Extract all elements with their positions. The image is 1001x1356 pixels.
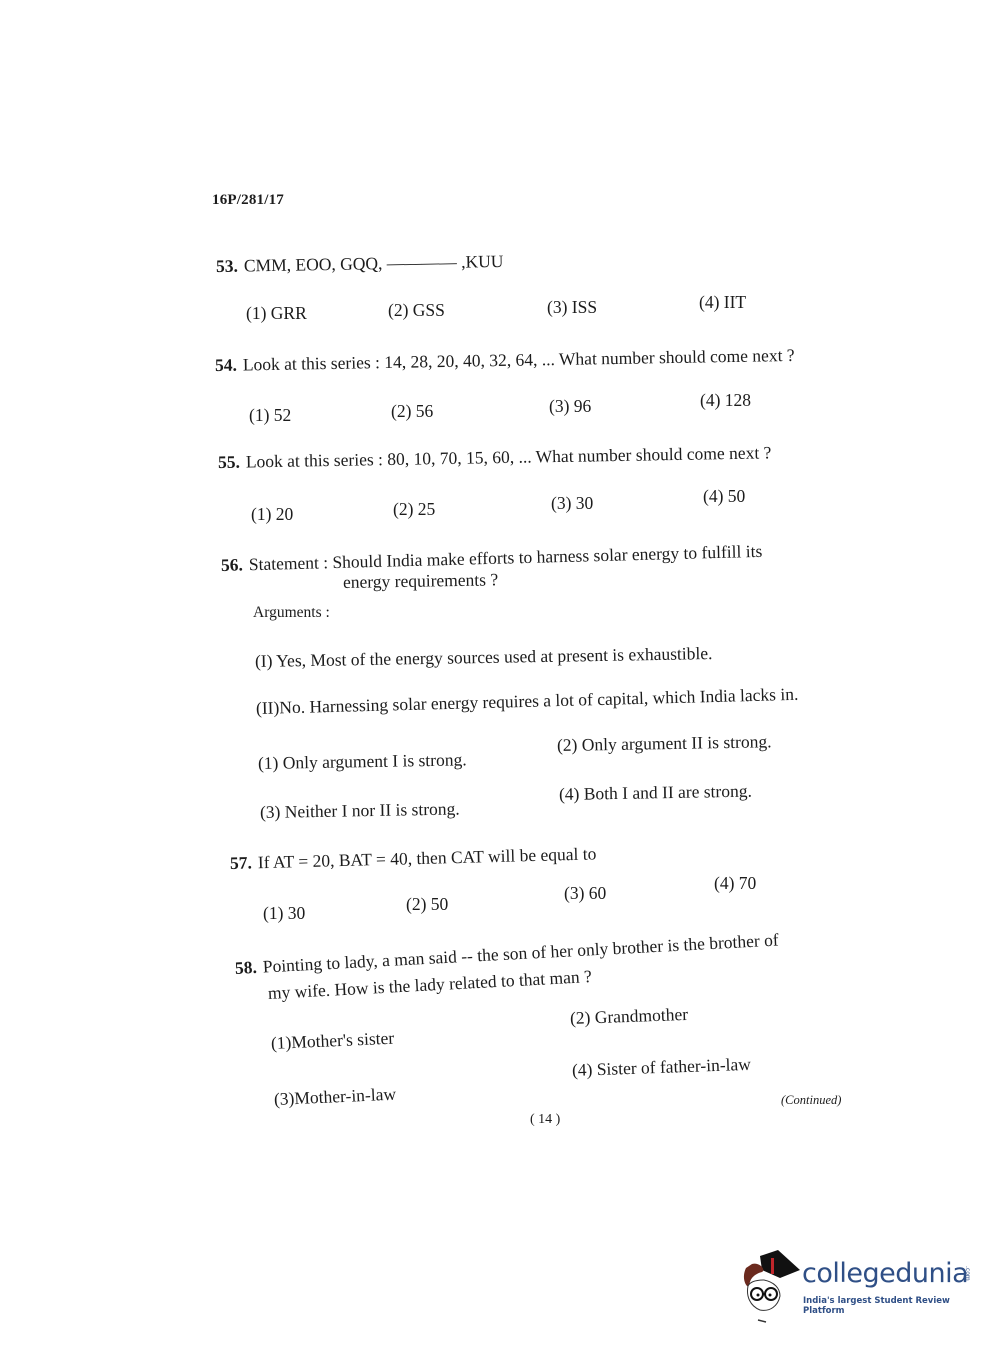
q55-option-4: (4) 50 xyxy=(703,486,745,507)
q56-arguments-label: Arguments : xyxy=(253,604,330,622)
brand-tagline: India's largest Student Review Platform xyxy=(803,1296,970,1316)
q53-option-2: (2) GSS xyxy=(388,300,445,321)
q53-option-1: (1) GRR xyxy=(246,303,307,324)
question-text: If AT = 20, BAT = 40, then CAT will be e… xyxy=(258,843,597,872)
question-54: 54.Look at this series : 14, 28, 20, 40,… xyxy=(215,345,795,376)
question-number: 53. xyxy=(216,256,238,276)
q58-option-3: (3)Mother-in-law xyxy=(274,1084,397,1110)
question-text: CMM, EOO, GQQ, ———— ,KUU xyxy=(244,251,504,276)
q53-option-4: (4) IIT xyxy=(699,292,746,313)
brand-name: collegedunia xyxy=(802,1258,968,1289)
q55-option-1: (1) 20 xyxy=(251,504,293,525)
question-text: Look at this series : 14, 28, 20, 40, 32… xyxy=(243,345,795,375)
mascot-icon xyxy=(740,1248,802,1324)
q54-option-4: (4) 128 xyxy=(700,390,751,411)
q56-option-3: (3) Neither I nor II is strong. xyxy=(260,799,460,823)
q56-option-2: (2) Only argument II is strong. xyxy=(557,731,772,756)
q57-option-4: (4) 70 xyxy=(714,873,756,894)
q54-option-1: (1) 52 xyxy=(249,405,291,426)
page-number: ( 14 ) xyxy=(530,1112,560,1128)
q56-argument-1: (I) Yes, Most of the energy sources used… xyxy=(255,643,713,672)
question-number: 58. xyxy=(234,957,257,978)
question-55: 55.Look at this series : 80, 10, 70, 15,… xyxy=(218,442,772,473)
q57-option-2: (2) 50 xyxy=(406,894,448,915)
q58-option-4: (4) Sister of father-in-law xyxy=(572,1054,752,1081)
question-53: 53.CMM, EOO, GQQ, ———— ,KUU xyxy=(216,251,504,277)
q57-option-1: (1) 30 xyxy=(263,903,305,924)
q56-option-1: (1) Only argument I is strong. xyxy=(258,749,467,774)
brand-domain: .com xyxy=(964,1266,971,1281)
q58-option-1: (1)Mother's sister xyxy=(271,1028,395,1054)
continued-note: (Continued) xyxy=(781,1093,841,1108)
q56-argument-2: (II)No. Harnessing solar energy requires… xyxy=(256,684,799,719)
collegedunia-watermark: collegedunia .com India's largest Studen… xyxy=(740,1248,970,1328)
question-number: 56. xyxy=(221,554,243,575)
q58-option-2: (2) Grandmother xyxy=(570,1004,689,1029)
question-57: 57.If AT = 20, BAT = 40, then CAT will b… xyxy=(230,843,597,874)
question-text: Look at this series : 80, 10, 70, 15, 60… xyxy=(246,442,772,471)
q54-option-3: (3) 96 xyxy=(549,396,591,417)
q57-option-3: (3) 60 xyxy=(564,883,606,904)
q53-option-3: (3) ISS xyxy=(547,297,597,318)
question-number: 57. xyxy=(230,852,252,873)
q54-option-2: (2) 56 xyxy=(391,401,433,422)
q55-option-2: (2) 25 xyxy=(393,499,435,520)
q56-option-4: (4) Both I and II are strong. xyxy=(559,781,752,805)
question-number: 55. xyxy=(218,452,240,472)
exam-page: 16P/281/17 53.CMM, EOO, GQQ, ———— ,KUU (… xyxy=(0,0,1001,1356)
q56-text-line2: energy requirements ? xyxy=(343,569,499,593)
question-text-line1: Statement : Should India make efforts to… xyxy=(249,541,763,574)
question-number: 54. xyxy=(215,355,237,375)
paper-code: 16P/281/17 xyxy=(212,192,284,209)
q55-option-3: (3) 30 xyxy=(551,493,593,514)
